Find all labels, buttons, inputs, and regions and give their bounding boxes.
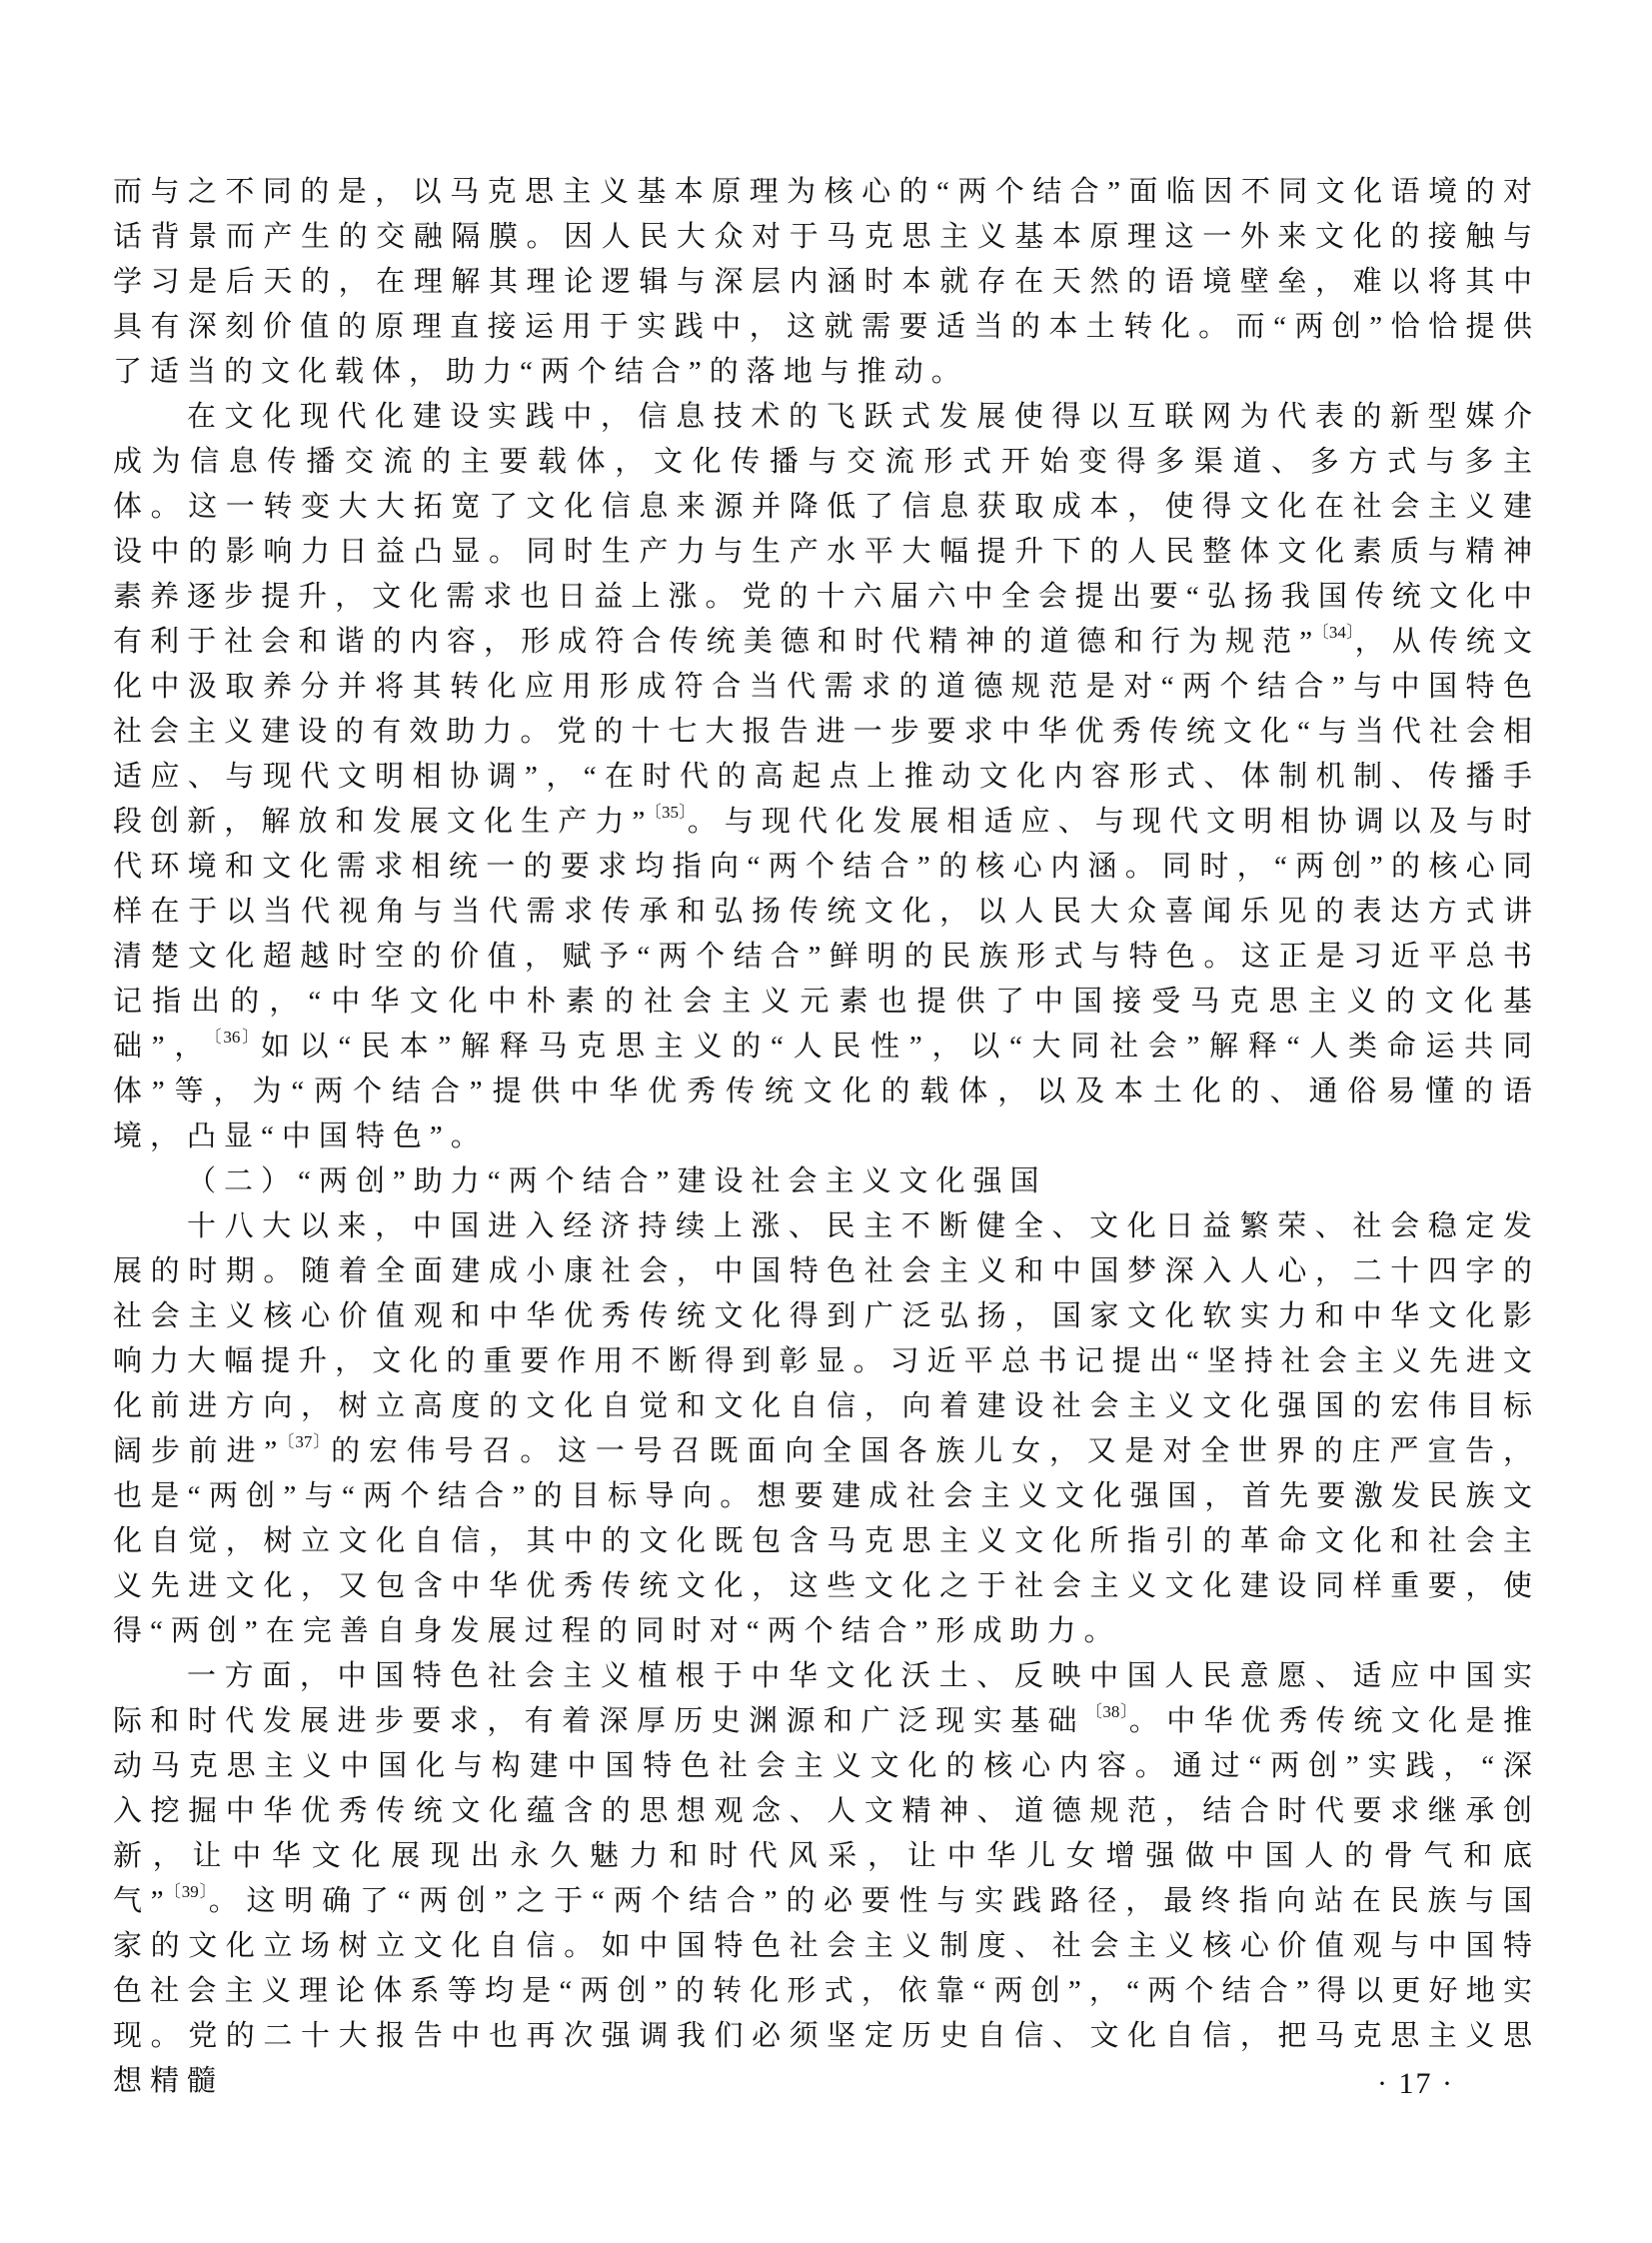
paragraph: 在文化现代化建设实践中，信息技术的飞跃式发展使得以互联网为代表的新型媒介成为信息… <box>113 395 1540 1159</box>
page-container: 而与之不同的是，以马克思主义基本原理为核心的“两个结合”面临因不同文化语境的对话… <box>0 0 1652 2243</box>
paragraph: 而与之不同的是，以马克思主义基本原理为核心的“两个结合”面临因不同文化语境的对话… <box>113 170 1540 395</box>
footnote-marker: 〔37〕 <box>285 1432 331 1451</box>
paragraph: 十八大以来，中国进入经济持续上涨、民主不断健全、文化日益繁荣、社会稳定发展的时期… <box>113 1204 1540 1654</box>
footnote-marker: 〔39〕 <box>172 1882 209 1901</box>
section-heading: （二）“两创”助力“两个结合”建设社会主义文化强国 <box>113 1159 1540 1204</box>
footnote-marker: 〔34〕 <box>1320 623 1354 642</box>
footnote-marker: 〔38〕 <box>1085 1702 1129 1721</box>
text-block: 而与之不同的是，以马克思主义基本原理为核心的“两个结合”面临因不同文化语境的对话… <box>113 170 1540 2104</box>
footnote-marker: 〔35〕 <box>653 803 687 822</box>
paragraph: 一方面，中国特色社会主义植根于中华文化沃土、反映中国人民意愿、适应中国实际和时代… <box>113 1654 1540 2104</box>
footnote-marker: 〔36〕 <box>213 1028 261 1047</box>
page-number: · 17 · <box>1377 2061 1454 2106</box>
